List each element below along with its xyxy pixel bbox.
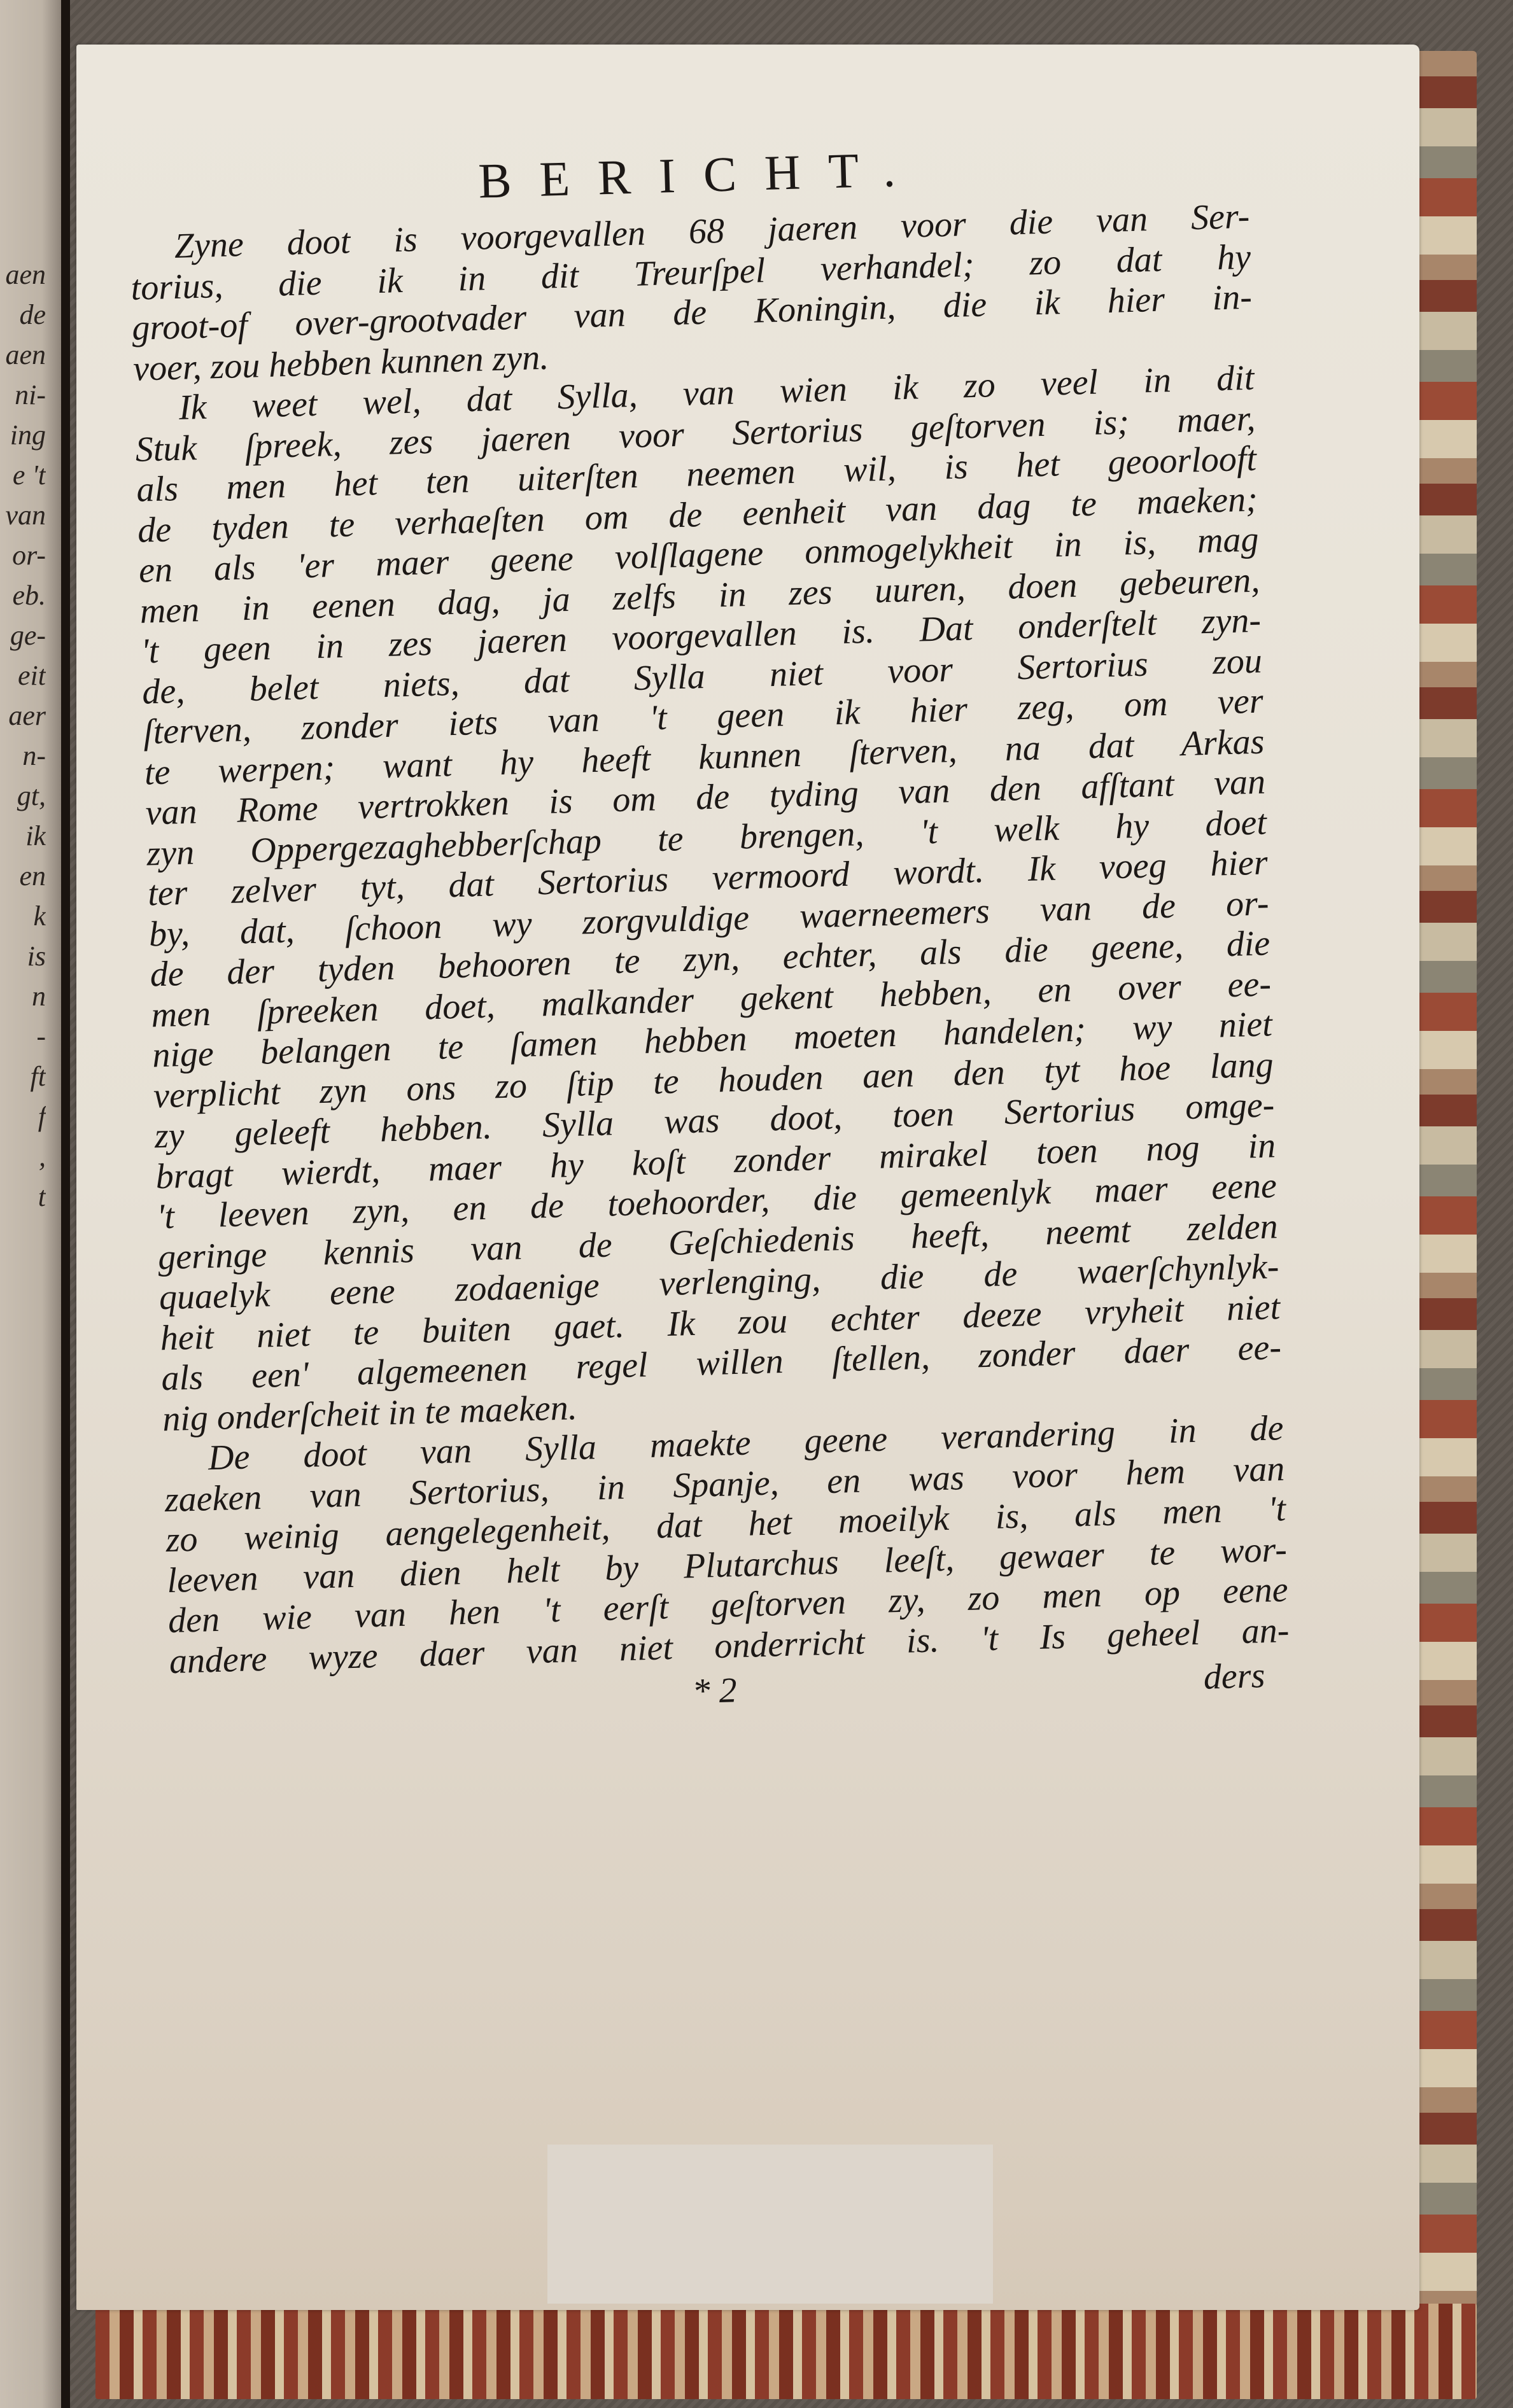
left-page-fragment: van (0, 495, 46, 535)
left-page-fragment: , (0, 1137, 46, 1177)
left-page-fragment: ft (0, 1056, 46, 1096)
left-page-fragment: ni- (0, 375, 46, 415)
left-page-fragment: en (0, 856, 46, 896)
left-page: aendeaenni-inge 'tvanor-eb.ge-eitaern-gt… (0, 0, 70, 2408)
redacted-region (547, 2145, 993, 2304)
left-page-fragment: gt, (0, 776, 46, 816)
left-page-fragment: e 't (0, 455, 46, 495)
signature-mark: * 2 (692, 1670, 738, 1712)
left-page-fragment: de (0, 295, 46, 335)
left-page-fragment: eit (0, 655, 46, 696)
left-page-fragment: ing (0, 415, 46, 455)
left-page-fragment: aen (0, 255, 46, 295)
left-page-fragment: ge- (0, 615, 46, 655)
left-page-fragment: ik (0, 816, 46, 856)
left-page-fragment: k (0, 896, 46, 936)
left-page-fragment: t (0, 1177, 46, 1217)
catchword: ders (1203, 1655, 1265, 1698)
left-page-fragment: n- (0, 736, 46, 776)
left-page-fragment: f (0, 1096, 46, 1137)
left-page-fragment: is (0, 936, 46, 976)
left-page-fragment: eb. (0, 575, 46, 615)
book-gutter (61, 0, 70, 2408)
left-page-fragment: - (0, 1016, 46, 1056)
marbled-bottom-edge (95, 2304, 1477, 2399)
body-text: Zyne doot is voorgevallen 68 jaeren voor… (129, 197, 1290, 1682)
left-page-fragment: aer (0, 696, 46, 736)
left-page-text-fragments: aendeaenni-inge 'tvanor-eb.ge-eitaern-gt… (0, 255, 64, 1217)
left-page-fragment: aen (0, 335, 46, 375)
left-page-fragment: or- (0, 535, 46, 575)
left-page-fragment: n (0, 976, 46, 1016)
page-text-block: BERICHT. Zyne doot is voorgevallen 68 ja… (127, 128, 1291, 1730)
